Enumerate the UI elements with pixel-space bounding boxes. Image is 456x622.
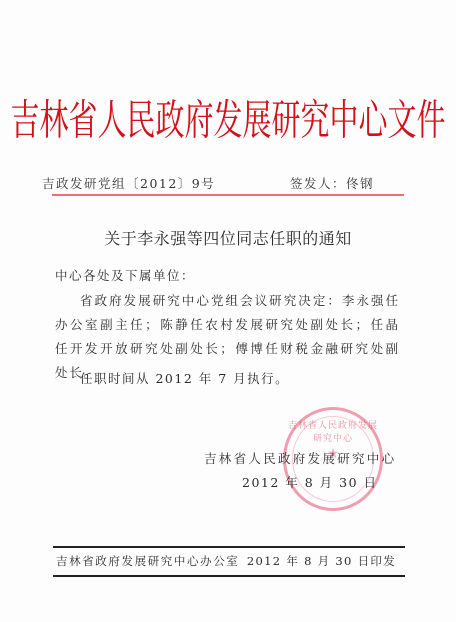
red-separator-line bbox=[52, 194, 404, 196]
footer-issuer: 吉林省政府发展研究中心办公室 bbox=[56, 553, 239, 569]
red-header-title: 吉林省人民政府发展研究中心文件 bbox=[0, 98, 456, 142]
footer-issue-date: 2012 年 8 月 30 日印发 bbox=[247, 553, 396, 569]
footer-top-rule bbox=[53, 546, 405, 548]
signing-organization: 吉林省人民政府发展研究中心 bbox=[204, 449, 396, 467]
signing-date: 2012 年 8 月 30 日 bbox=[242, 473, 378, 491]
document-number: 吉政发研党组〔2012〕9号 bbox=[42, 174, 215, 192]
salutation: 中心各处及下属单位： bbox=[55, 266, 195, 284]
seal-text: 吉林省人民政府发展研究中心 bbox=[286, 418, 380, 444]
footer-bottom-rule bbox=[53, 575, 405, 577]
notice-title: 关于李永强等四位同志任职的通知 bbox=[0, 226, 456, 249]
signer: 签发人：佟钢 bbox=[290, 174, 374, 192]
effective-date-paragraph: 任职时间从 2012 年 7 月执行。 bbox=[55, 369, 289, 387]
document-page: 吉林省人民政府发展研究中心文件 吉政发研党组〔2012〕9号 签发人：佟钢 关于… bbox=[0, 0, 456, 622]
